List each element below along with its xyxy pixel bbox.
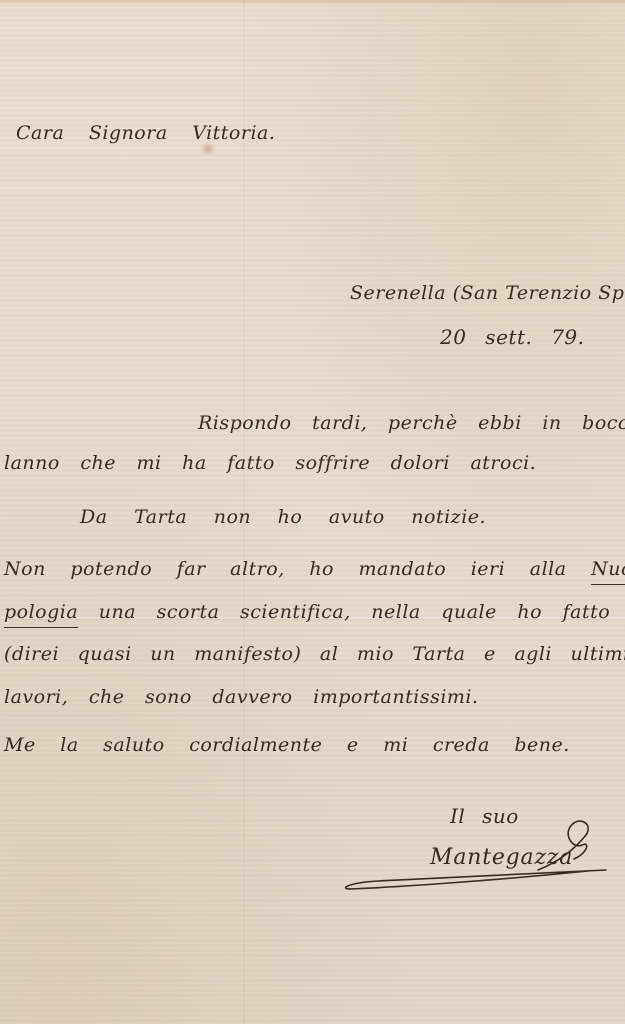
letter-page: Cara Signora Vittoria. Serenella (San Te… xyxy=(0,0,625,1024)
body-line-3: Da Tarta non ho avuto notizie. xyxy=(80,506,486,528)
body-line-8: Me la saluto cordialmente e mi creda ben… xyxy=(4,734,570,756)
paper-top-edge xyxy=(0,0,625,3)
body-line-4-text: Non potendo far altro, ho mandato ieri a… xyxy=(4,558,591,580)
body-line-5-text: una scorta scientifica, nella quale ho f… xyxy=(78,601,625,623)
body-line-1: Rispondo tardi, perchè ebbi in bocca un … xyxy=(198,412,625,434)
journal-title-underlined-cont: pologia xyxy=(4,601,78,623)
body-line-7: lavori, che sono davvero importantissimi… xyxy=(4,686,479,708)
ink-stain xyxy=(203,144,213,154)
journal-title-underlined: Nuova Antro- xyxy=(591,558,625,580)
salutation: Cara Signora Vittoria. xyxy=(16,122,275,144)
body-line-6: (direi quasi un manifesto) al mio Tarta … xyxy=(4,643,625,665)
body-line-4: Non potendo far altro, ho mandato ieri a… xyxy=(4,558,625,580)
signature-flourish-icon xyxy=(338,815,618,905)
body-line-5: pologia una scorta scientifica, nella qu… xyxy=(4,601,625,623)
body-line-2: lanno che mi ha fatto soffrire dolori at… xyxy=(4,452,536,474)
date-heading: 20 sett. 79. xyxy=(440,325,585,349)
place-heading: Serenella (San Terenzio Spezia) xyxy=(350,282,625,304)
